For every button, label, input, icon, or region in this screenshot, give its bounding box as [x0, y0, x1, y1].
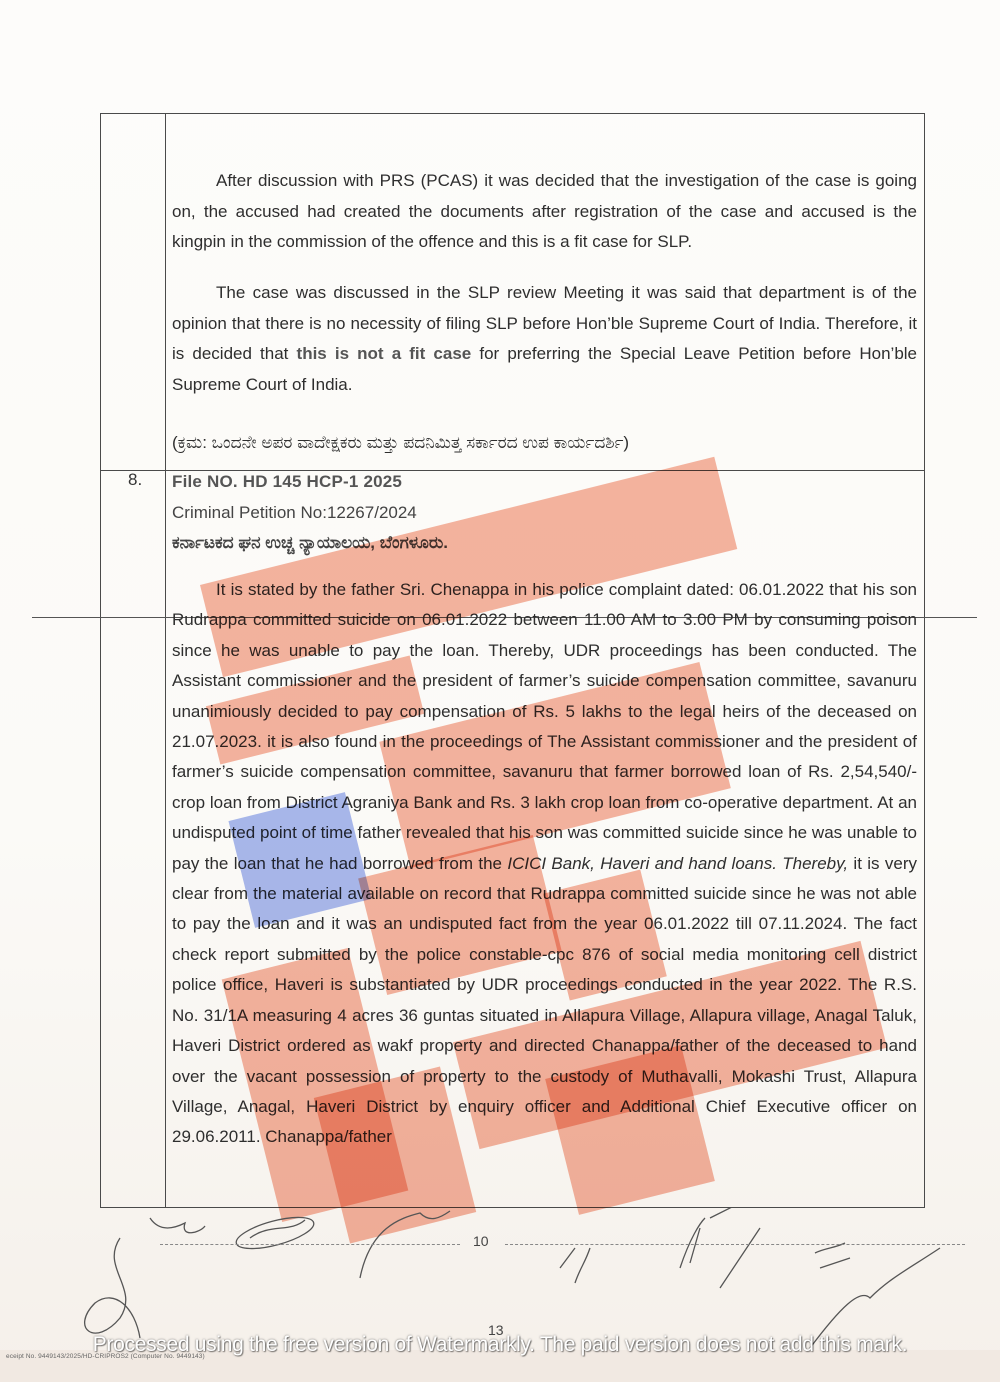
- paragraph-prs-discussion: After discussion with PRS (PCAS) it was …: [172, 166, 917, 258]
- serial-column-divider: [165, 114, 166, 1207]
- action-note-kannada: (ಕ್ರಮ: ಒಂದನೇ ಅಪರ ವಾದೇಕ್ಷಕರು ಮತ್ತು ಪದನಿಮಿ…: [172, 428, 917, 459]
- paragraph-slp-review: The case was discussed in the SLP review…: [172, 278, 917, 400]
- case-facts-italic: ICICI Bank, Haveri and hand loans. There…: [507, 854, 853, 873]
- page-number-rule: [505, 1244, 965, 1245]
- not-fit-case-emphasis: this is not a fit case: [297, 344, 472, 363]
- case-facts-part1: It is stated by the father Sri. Chenappa…: [172, 580, 917, 873]
- page-number-original: 10: [473, 1233, 489, 1249]
- row-serial-number: 8.: [128, 470, 142, 490]
- page-number-rule: [160, 1244, 460, 1245]
- court-name-kannada: ಕರ್ನಾಟಕದ ಘನ ಉಚ್ಚ ನ್ಯಾಯಾಲಯ, ಬೆಂಗಳೂರು.: [172, 528, 917, 559]
- case-facts-part2: it is very clear from the material avail…: [172, 854, 917, 1147]
- paragraph-case-facts: It is stated by the father Sri. Chenappa…: [172, 575, 917, 1153]
- watermark-notice: Processed using the free version of Wate…: [50, 1333, 950, 1357]
- criminal-petition-number: Criminal Petition No:12267/2024: [172, 498, 917, 529]
- file-number: File NO. HD 145 HCP-1 2025: [172, 467, 917, 498]
